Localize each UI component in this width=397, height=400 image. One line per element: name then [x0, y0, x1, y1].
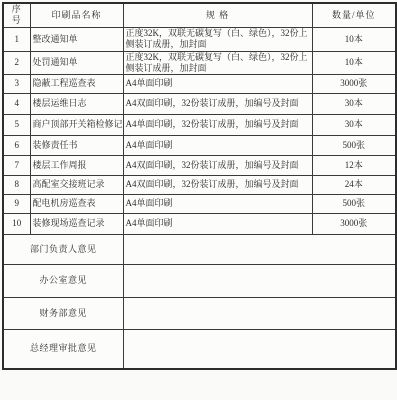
item-name-cell: 整改通知单 [30, 27, 123, 51]
spec-cell: A4单面印刷，32份装订成册，加编号及封面 [123, 114, 312, 135]
row-number-cell: 5 [3, 114, 30, 135]
spec-cell: A4双面印刷，32份装订成册，加编号及封面 [123, 175, 312, 194]
table-row: 6 装修责任书 A4单面印刷 500张 [3, 135, 396, 155]
table-header-row: 序 号 印刷品名称 规 格 数量/单位 [3, 3, 396, 27]
row-number-cell: 2 [3, 51, 30, 74]
spec-cell: A4单面印刷 [123, 135, 312, 155]
table-row: 10 装修现场巡查记录 A4单面印刷 3000张 [3, 213, 396, 234]
row-number-cell: 9 [3, 194, 30, 213]
item-name-cell: 楼层工作周报 [30, 155, 123, 175]
quantity-cell: 3000张 [312, 74, 396, 93]
quantity-cell: 10本 [312, 51, 396, 74]
header-item-name: 印刷品名称 [30, 3, 123, 27]
spec-cell: 正度32K，双联无碳复写（白、绿色），32份上侧装订成册，加封面 [123, 27, 312, 51]
quantity-cell: 30本 [312, 93, 396, 114]
table-row: 4 楼层运维日志 A4双面印刷，32份装订成册，加编号及封面 30本 [3, 93, 396, 114]
approval-content-cell [123, 264, 396, 297]
item-name-cell: 装修现场巡查记录 [30, 213, 123, 234]
header-index: 序 号 [3, 3, 30, 27]
table-row: 3 隐蔽工程巡查表 A4单面印刷 3000张 [3, 74, 396, 93]
header-spec: 规 格 [123, 3, 312, 27]
approval-content-cell [123, 329, 396, 369]
item-name-cell: 处罚通知单 [30, 51, 123, 74]
quantity-cell: 3000张 [312, 213, 396, 234]
quantity-cell: 10本 [312, 27, 396, 51]
row-number-cell: 6 [3, 135, 30, 155]
quantity-cell: 24本 [312, 175, 396, 194]
table-row: 9 配电机房巡查表 A4单面印刷 500张 [3, 194, 396, 213]
approval-label-cell: 部门负责人意见 [3, 234, 123, 264]
approval-row-finance: 财务部意见 [3, 297, 396, 329]
row-number-cell: 4 [3, 93, 30, 114]
quantity-cell: 30本 [312, 114, 396, 135]
approval-content-cell [123, 297, 396, 329]
print-order-table: 序 号 印刷品名称 规 格 数量/单位 1 整改通知单 正度32K，双联无碳复写… [2, 2, 397, 370]
spec-cell: A4双面印刷，32份装订成册，加编号及封面 [123, 155, 312, 175]
table-row: 7 楼层工作周报 A4双面印刷，32份装订成册，加编号及封面 12本 [3, 155, 396, 175]
item-name-cell: 楼层运维日志 [30, 93, 123, 114]
approval-row-department: 部门负责人意见 [3, 234, 396, 264]
row-number-cell: 8 [3, 175, 30, 194]
spec-cell: A4单面印刷 [123, 194, 312, 213]
spec-cell: A4单面印刷 [123, 213, 312, 234]
spec-cell: 正度32K，双联无碳复写（白、绿色），32份上侧装订成册，加封面 [123, 51, 312, 74]
spec-cell: A4双面印刷，32份装订成册，加编号及封面 [123, 93, 312, 114]
item-name-cell: 商户顶部开关箱检修记录 [30, 114, 123, 135]
approval-row-office: 办公室意见 [3, 264, 396, 297]
quantity-cell: 12本 [312, 155, 396, 175]
quantity-cell: 500张 [312, 135, 396, 155]
table-row: 2 处罚通知单 正度32K，双联无碳复写（白、绿色），32份上侧装订成册，加封面… [3, 51, 396, 74]
approval-label-cell: 总经理审批意见 [3, 329, 123, 369]
approval-row-general-manager: 总经理审批意见 [3, 329, 396, 369]
row-number-cell: 7 [3, 155, 30, 175]
table-row: 5 商户顶部开关箱检修记录 A4单面印刷，32份装订成册，加编号及封面 30本 [3, 114, 396, 135]
scanned-document-page: 序 号 印刷品名称 规 格 数量/单位 1 整改通知单 正度32K，双联无碳复写… [0, 0, 397, 400]
row-number-cell: 10 [3, 213, 30, 234]
table-row: 1 整改通知单 正度32K，双联无碳复写（白、绿色），32份上侧装订成册，加封面… [3, 27, 396, 51]
item-name-cell: 装修责任书 [30, 135, 123, 155]
approval-label-cell: 财务部意见 [3, 297, 123, 329]
item-name-cell: 高配室交接班记录 [30, 175, 123, 194]
item-name-cell: 配电机房巡查表 [30, 194, 123, 213]
header-quantity: 数量/单位 [312, 3, 396, 27]
approval-label-cell: 办公室意见 [3, 264, 123, 297]
quantity-cell: 500张 [312, 194, 396, 213]
row-number-cell: 3 [3, 74, 30, 93]
spec-cell: A4单面印刷 [123, 74, 312, 93]
table-row: 8 高配室交接班记录 A4双面印刷，32份装订成册，加编号及封面 24本 [3, 175, 396, 194]
row-number-cell: 1 [3, 27, 30, 51]
item-name-cell: 隐蔽工程巡查表 [30, 74, 123, 93]
approval-content-cell [123, 234, 396, 264]
